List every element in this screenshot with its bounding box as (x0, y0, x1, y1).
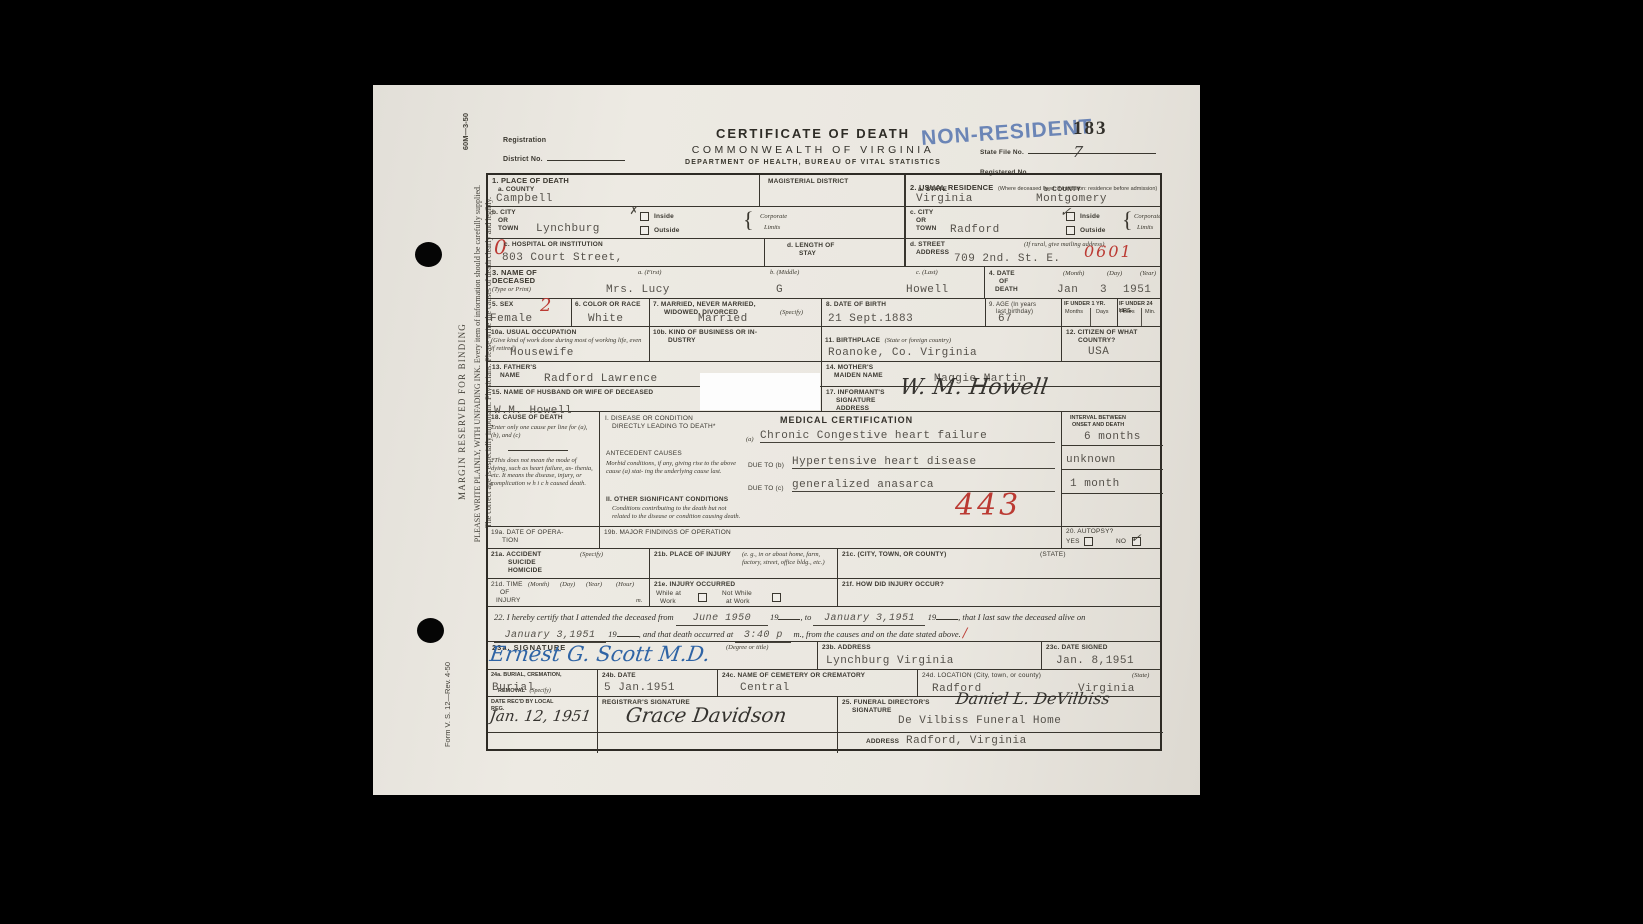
certificate-form: 1. PLACE OF DEATH a. COUNTY Campbell MAG… (486, 173, 1162, 751)
while-at-work-checkbox (698, 593, 707, 602)
injury-state-label: (STATE) (1040, 551, 1066, 559)
burial-date-label: 24b. DATE (602, 672, 636, 680)
injury-hour-label: (Hour) (616, 581, 634, 589)
cause-note-divider (508, 450, 568, 451)
interval-line-1 (1062, 445, 1163, 446)
burial-value: Burial (492, 682, 535, 694)
field-autopsy: 20. AUTOPSY? YES NO ✓ (1062, 527, 1163, 548)
row-place-residence-county: 1. PLACE OF DEATH a. COUNTY Campbell MAG… (488, 175, 1160, 207)
certify-text-5: , and that death occurred at (639, 629, 734, 639)
inside-checkbox (640, 212, 649, 221)
row-certify-statement: 22. I hereby certify that I attended the… (488, 607, 1160, 642)
row-occupation-birthplace: 10a. USUAL OCCUPATION (Give kind of work… (488, 327, 1160, 362)
interval-b-value: unknown (1066, 454, 1116, 466)
certify-blank-3 (617, 636, 639, 637)
injury-year-label: (Year) (586, 581, 602, 589)
field-citizen: 12. CITIZEN OF WHAT COUNTRY? USA (1062, 327, 1163, 361)
middle-name-value: G (776, 284, 783, 296)
field-injury-occurred: 21e. INJURY OCCURRED While at Work Not W… (650, 579, 838, 606)
marital-note: (Specify) (780, 309, 803, 317)
residence-county-value: Montgomery (1036, 193, 1107, 205)
cause-note-2: *This does not mean the mode of dying, s… (491, 457, 593, 487)
field-spouse-name: 15. NAME OF HUSBAND OR WIFE OF DECEASED … (488, 387, 822, 411)
outside-label: Outside (654, 227, 680, 235)
field-cemetery: 24c. NAME OF CEMETERY OR CREMATORY Centr… (718, 670, 918, 696)
race-label: 6. COLOR OR RACE (575, 301, 641, 309)
marital-label-1: 7. MARRIED, NEVER MARRIED, (653, 301, 756, 309)
field-funeral-director: 25. FUNERAL DIRECTOR'S SIGNATURE Daniel … (838, 697, 1163, 753)
dod-label-1: 4. DATE (989, 270, 1015, 278)
res-outside-label: Outside (1080, 227, 1106, 235)
field-burial-date: 24b. DATE 5 Jan.1951 (598, 670, 718, 696)
first-name-label: a. (First) (638, 269, 661, 277)
field-age: 9. AGE (In years last birthday) 67 (986, 299, 1062, 326)
certify-text-6: m., from the causes and on the date stat… (793, 629, 960, 639)
date-signed-value: Jan. 8,1951 (1056, 655, 1134, 667)
last-name-value: Howell (906, 284, 949, 296)
row-sex-race-marital: 5. SEX 2 Female 6. COLOR OR RACE White 7… (488, 299, 1160, 327)
major-findings-label: 19b. MAJOR FINDINGS OF OPERATION (604, 529, 731, 537)
dob-label: 8. DATE OF BIRTH (826, 301, 886, 309)
inside-label: Inside (654, 213, 674, 221)
accident-label-3: HOMICIDE (508, 567, 542, 575)
injury-month-label: (Month) (528, 581, 549, 589)
dod-label-2: OF (999, 278, 1008, 286)
last-name-label: c. (Last) (916, 269, 938, 277)
row-operation-autopsy: 19a. DATE OF OPERA- TION 19b. MAJOR FIND… (488, 527, 1160, 549)
citizen-label-2: COUNTRY? (1078, 337, 1115, 345)
cause-a-label: (a) (746, 436, 754, 444)
funeral-director-signature: Daniel L. DeVilbiss (955, 689, 1112, 708)
place-of-injury-note: (e. g., in or about home, farm, factory,… (742, 551, 834, 566)
burial-label-1: 24a. BURIAL, CREMATION, (491, 672, 562, 679)
field-medical-certification: I. DISEASE OR CONDITION DIRECTLY LEADING… (600, 412, 1062, 526)
medical-certification-title: MEDICAL CERTIFICATION (780, 415, 913, 425)
magisterial-district-label: MAGISTERIAL DISTRICT (768, 178, 848, 186)
field-place-of-injury: 21b. PLACE OF INJURY (e. g., in or about… (650, 549, 838, 578)
field-hospital: 0 c. HOSPITAL OR INSTITUTION 803 Court S… (488, 239, 765, 266)
certify-text-4: alive on (1058, 612, 1085, 622)
cause-b-value: Hypertensive heart disease (792, 456, 1055, 469)
birthplace-label: 11. BIRTHPLACE (825, 337, 880, 344)
physician-signature: Ernest G. Scott M.D. (488, 642, 711, 666)
field-time-of-injury: 21d. TIME OF INJURY (Month) (Day) (Year)… (488, 579, 650, 606)
field-occupation: 10a. USUAL OCCUPATION (Give kind of work… (488, 327, 650, 361)
dod-month-value: Jan (1057, 284, 1078, 296)
district-no-label: District No. (503, 156, 543, 163)
row-injury-time: 21d. TIME OF INJURY (Month) (Day) (Year)… (488, 579, 1160, 607)
corporate-bracket: { (743, 207, 754, 233)
row-injury-place: 21a. ACCIDENT SUICIDE HOMICIDE (Specify)… (488, 549, 1160, 579)
field-under-1yr: IF UNDER 1 YR. Months Days (1062, 299, 1118, 326)
injury-day-label: (Day) (560, 581, 575, 589)
not-while-label-2: at Work (726, 598, 750, 606)
under-1yr-months-label: Months (1065, 309, 1083, 316)
field-place-city: b. CITY OR TOWN Lynchburg ✗ Inside Outsi… (488, 207, 905, 238)
cause-of-death-label: 18. CAUSE OF DEATH (491, 414, 563, 422)
city-label-2: OR (498, 217, 508, 225)
field-sex: 5. SEX 2 Female (488, 299, 572, 326)
street-label: d. STREET (910, 241, 945, 249)
dob-value: 21 Sept.1883 (828, 313, 913, 325)
field-birthplace: 11. BIRTHPLACE (State or foreign country… (822, 327, 1062, 361)
injury-time-label-1: 21d. TIME (491, 581, 523, 589)
field-name-of-deceased: 3. NAME OF DECEASED (Type or Print) a. (… (488, 267, 985, 298)
occupation-label: 10a. USUAL OCCUPATION (491, 329, 576, 337)
date-signed-label: 23c. DATE SIGNED (1046, 644, 1108, 652)
injury-city-label: 21c. (CITY, TOWN, OR COUNTY) (842, 551, 946, 559)
accident-label-1: 21a. ACCIDENT (491, 551, 541, 559)
certify-blank-2 (936, 619, 958, 620)
certify-blank-1 (778, 619, 800, 620)
certify-19-1: 19 (770, 612, 779, 622)
degree-or-title-note: (Degree or title) (726, 644, 768, 652)
death-certificate-document: 60M—3-50 MARGIN RESERVED FOR BINDING PLE… (373, 85, 1200, 795)
cemetery-label: 24c. NAME OF CEMETERY OR CREMATORY (722, 672, 865, 680)
informant-signature: W. M. Howell (898, 375, 1049, 400)
under-1yr-divider (1090, 308, 1091, 326)
dod-day-label: (Day) (1107, 270, 1122, 278)
burial-date-value: 5 Jan.1951 (604, 682, 675, 694)
other-conditions-note-1: Conditions contributing to the death but… (612, 505, 726, 513)
row-father-mother: 13. FATHER'S NAME Radford Lawrence 14. M… (488, 362, 1160, 387)
department-line: DEPARTMENT OF HEALTH, BUREAU OF VITAL ST… (628, 159, 998, 166)
write-plainly-note-1: PLEASE WRITE PLAINLY, WITH UNFADING INK.… (473, 185, 482, 542)
not-while-label-1: Not While (722, 590, 752, 598)
autopsy-label: 20. AUTOPSY? (1066, 528, 1113, 536)
res-corporate-bracket: { (1122, 207, 1133, 233)
address-23b-label: 23b. ADDRESS (822, 644, 871, 652)
due-to-b-label: DUE TO (b) (748, 462, 784, 470)
city-label-3: TOWN (498, 225, 519, 233)
res-city-label-2: OR (916, 217, 926, 225)
field-accident-suicide: 21a. ACCIDENT SUICIDE HOMICIDE (Specify) (488, 549, 650, 578)
punch-hole-bottom (417, 618, 444, 643)
street-red-mark: 0601 (1084, 242, 1133, 261)
morbid-note: Morbid conditions, if any, giving rise t… (606, 460, 742, 475)
cemetery-value: Central (740, 682, 790, 694)
row-physician-signature: 23a. SIGNATURE (Degree or title) Ernest … (488, 642, 1160, 670)
dod-label-3: DEATH (995, 286, 1018, 294)
date-received-label-1: DATE REC'D BY LOCAL (491, 699, 554, 706)
stay-label-2: STAY (799, 250, 816, 258)
stay-label-1: d. LENGTH OF (787, 242, 835, 250)
field-date-of-death: 4. DATE OF DEATH (Month) (Day) (Year) Ja… (985, 267, 1163, 298)
hospital-value: 803 Court Street, (502, 252, 623, 264)
antecedent-label: ANTECEDENT CAUSES (606, 450, 682, 458)
residence-city-value: Radford (950, 224, 1000, 236)
field-usual-residence: 2. USUAL RESIDENCE (Where deceased lived… (905, 175, 1163, 206)
physician-address-value: Lynchburg Virginia (826, 655, 954, 667)
field-date-of-operation: 19a. DATE OF OPERA- TION (488, 527, 600, 548)
autopsy-yes-checkbox (1084, 537, 1093, 546)
place-of-death-title: 1. PLACE OF DEATH (492, 177, 569, 185)
street-label-2: ADDRESS (916, 249, 949, 257)
field-cause-of-death-notes: 18. CAUSE OF DEATH Enter only one cause … (488, 412, 600, 526)
injury-time-label-3: INJURY (496, 597, 521, 605)
district-no-blank (547, 160, 625, 161)
mother-label-1: 14. MOTHER'S (826, 364, 873, 372)
disease-condition-label-2: DIRECTLY LEADING TO DEATH* (612, 423, 716, 431)
disease-condition-label-1: I. DISEASE OR CONDITION (605, 415, 693, 423)
funeral-address-value: Radford, Virginia (906, 735, 1027, 747)
outside-checkbox (640, 226, 649, 235)
father-value: Radford Lawrence (544, 373, 658, 385)
field-physician-address: 23b. ADDRESS Lynchburg Virginia (818, 642, 1042, 669)
residence-state-value: Virginia (916, 193, 973, 205)
accident-note: (Specify) (580, 551, 603, 559)
row-city-town: b. CITY OR TOWN Lynchburg ✗ Inside Outsi… (488, 207, 1160, 239)
registration-label: Registration (503, 137, 625, 145)
interval-line-2 (1062, 469, 1163, 470)
birthplace-value: Roanoke, Co. Virginia (828, 347, 977, 359)
interval-a-value: 6 months (1084, 431, 1141, 443)
funeral-home-value: De Vilbiss Funeral Home (898, 715, 1061, 727)
dod-year-value: 1951 (1123, 284, 1151, 296)
injury-time-label-2: OF (500, 589, 509, 597)
autopsy-no-mark: ✓ (1130, 531, 1142, 545)
other-conditions-note-2: related to the disease or condition caus… (612, 513, 740, 521)
binding-note: MARGIN RESERVED FOR BINDING (457, 323, 467, 500)
field-place-of-death-county: 1. PLACE OF DEATH a. COUNTY Campbell (488, 175, 760, 206)
field-how-injury-occurred: 21f. HOW DID INJURY OCCUR? (838, 579, 1163, 606)
funeral-director-label-2: SIGNATURE (852, 707, 892, 715)
sex-label: 5. SEX (492, 301, 513, 309)
state-file-no-blank (1028, 153, 1156, 154)
field-magisterial-district: MAGISTERIAL DISTRICT (760, 175, 905, 206)
under-24hr-min-label: Min. (1145, 309, 1155, 316)
punch-hole-top (415, 242, 442, 267)
row-name-date-of-death: 3. NAME OF DECEASED (Type or Print) a. (… (488, 267, 1160, 299)
while-at-label-2: Work (660, 598, 676, 606)
burial-state-note: (State) (1132, 672, 1149, 680)
interval-label-2: ONSET AND DEATH (1072, 422, 1124, 429)
county-value: Campbell (496, 193, 553, 205)
certify-text-2: , to (800, 612, 811, 622)
date-received-value: Jan. 12, 1951 (489, 707, 592, 725)
res-outside-checkbox (1066, 226, 1075, 235)
race-value: White (588, 313, 624, 325)
field-physician-signature: 23a. SIGNATURE (Degree or title) Ernest … (488, 642, 818, 669)
field-street-address: d. STREET ADDRESS (If rural, give mailin… (905, 239, 1163, 266)
injury-m-label: m. (636, 597, 642, 605)
father-label-2: NAME (500, 372, 520, 380)
father-label-1: 13. FATHER'S (492, 364, 537, 372)
state-file-no: State File No. (980, 141, 1156, 159)
certify-19-3: 19 (608, 629, 617, 639)
red-code-443: 443 (955, 488, 1021, 523)
interval-line-3 (1062, 493, 1163, 494)
informant-label-2: SIGNATURE (836, 397, 876, 405)
name-label-2: DECEASED (492, 277, 535, 285)
birthplace-note: (State or foreign country) (885, 337, 951, 344)
cause-note-1: Enter only one cause per line for (a), (… (491, 424, 591, 439)
sex-red-mark: 2 (540, 295, 551, 316)
attended-from-value: June 1950 (676, 613, 768, 626)
funeral-director-label-1: 25. FUNERAL DIRECTOR'S (842, 699, 930, 707)
under-1yr-days-label: Days (1096, 309, 1109, 316)
certify-19-2: 19 (928, 612, 937, 622)
field-residence-city: c. CITY OR TOWN Radford ✓ Inside Outside… (905, 207, 1163, 238)
middle-name-label: b. (Middle) (770, 269, 799, 277)
form-number: Form V. S. 12—Rev. 4-50 (443, 662, 452, 747)
other-conditions-label: II. OTHER SIGNIFICANT CONDITIONS (606, 496, 728, 504)
burial-location-label: 24d. LOCATION (City, town, or county) (922, 672, 1041, 680)
field-business: 10b. KIND OF BUSINESS OR IN- DUSTRY (650, 327, 822, 361)
informant-label-1: 17. INFORMANT'S (826, 389, 885, 397)
state-file-no-label: State File No. (980, 149, 1024, 156)
res-limits-label: Limits (1137, 224, 1153, 232)
certify-text-3: , that I last saw the deceased (958, 612, 1056, 622)
dod-month-label: (Month) (1063, 270, 1084, 278)
registrar-signature: Grace Davidson (624, 703, 788, 727)
field-interval: INTERVAL BETWEEN ONSET AND DEATH 6 month… (1062, 412, 1163, 526)
registration-district: Registration District No. (503, 137, 625, 166)
field-marital-status: 7. MARRIED, NEVER MARRIED, WIDOWED, DIVO… (650, 299, 822, 326)
res-corporate-label: Corporate (1134, 213, 1161, 221)
street-value: 709 2nd. St. E. (954, 253, 1061, 265)
name-note: (Type or Print) (492, 286, 531, 294)
autopsy-no-label: NO (1116, 538, 1126, 546)
marital-value: Married (698, 313, 748, 325)
field-date-of-birth: 8. DATE OF BIRTH 21 Sept.1883 (822, 299, 986, 326)
row-spouse-informant: 15. NAME OF HUSBAND OR WIFE OF DECEASED … (488, 387, 1160, 412)
due-to-c-label: DUE TO (c) (748, 485, 784, 493)
citizen-value: USA (1088, 346, 1109, 358)
place-city-value: Lynchburg (536, 223, 600, 235)
operation-date-label-2: TION (502, 537, 518, 545)
inside-checkbox-mark: ✗ (630, 205, 638, 217)
city-label-1: b. CITY (492, 209, 516, 217)
dod-day-value: 3 (1100, 284, 1107, 296)
field-date-received: DATE REC'D BY LOCAL REG. Jan. 12, 1951 (488, 697, 598, 753)
res-city-label-3: TOWN (916, 225, 937, 233)
registered-no-value: 7 (1072, 143, 1084, 161)
res-inside-checkbox-mark: ✓ (1059, 205, 1072, 220)
business-label-2: DUSTRY (668, 337, 696, 345)
accident-label-2: SUICIDE (508, 559, 536, 567)
under-24hr-divider (1141, 308, 1142, 326)
field-under-24hr: IF UNDER 24 HRS. Hours Min. (1118, 299, 1163, 326)
place-of-injury-label: 21b. PLACE OF INJURY (654, 551, 731, 559)
redaction-box (700, 373, 820, 410)
cause-a-value: Chronic Congestive heart failure (760, 430, 1055, 443)
funeral-address-label: ADDRESS (866, 738, 899, 746)
field-major-findings: 19b. MAJOR FINDINGS OF OPERATION (600, 527, 1062, 548)
interval-label-1: INTERVAL BETWEEN (1070, 415, 1126, 422)
business-label-1: 10b. KIND OF BUSINESS OR IN- (653, 329, 757, 337)
hospital-label: c. HOSPITAL OR INSTITUTION (504, 241, 603, 249)
interval-c-value: 1 month (1070, 478, 1120, 490)
injury-occurred-label: 21e. INJURY OCCURRED (654, 581, 735, 589)
how-injury-label: 21f. HOW DID INJURY OCCUR? (842, 581, 944, 589)
file-number-stamp: 183 (1073, 118, 1108, 140)
while-at-label-1: While at (656, 590, 681, 598)
field-date-signed: 23c. DATE SIGNED Jan. 8,1951 (1042, 642, 1163, 669)
field-registrar-signature: REGISTRAR'S SIGNATURE Grace Davidson (598, 697, 838, 753)
sex-value: Female (490, 313, 533, 325)
first-name-value: Mrs. Lucy (606, 284, 670, 296)
field-informant: 17. INFORMANT'S SIGNATURE ADDRESS W. M. … (822, 387, 1163, 411)
attended-to-value: January 3,1951 (813, 613, 925, 626)
under-24hr-hours-label: Hours (1120, 309, 1135, 316)
field-burial-type: 24a. BURIAL, CREMATION, REMOVAL (Specify… (488, 670, 598, 696)
citizen-label-1: 12. CITIZEN OF WHAT (1066, 329, 1138, 337)
field-injury-city: 21c. (CITY, TOWN, OR COUNTY) (STATE) (838, 549, 1163, 578)
mother-label-2: MAIDEN NAME (834, 372, 883, 380)
occupation-value: Housewife (510, 347, 574, 359)
res-city-label-1: c. CITY (910, 209, 933, 217)
autopsy-yes-label: YES (1066, 538, 1080, 546)
spouse-label: 15. NAME OF HUSBAND OR WIFE OF DECEASED (492, 389, 653, 397)
under-1yr-label: IF UNDER 1 YR. (1064, 301, 1105, 308)
certify-text-1: 22. I hereby certify that I attended the… (494, 612, 674, 622)
certify-red-mark: / (963, 626, 967, 641)
field-certify-statement: 22. I hereby certify that I attended the… (488, 607, 1163, 641)
row-registrar-funeral: DATE REC'D BY LOCAL REG. Jan. 12, 1951 R… (488, 697, 1160, 753)
field-length-of-stay: d. LENGTH OF STAY (765, 239, 905, 266)
not-while-at-work-checkbox (772, 593, 781, 602)
row-hospital-street: 0 c. HOSPITAL OR INSTITUTION 803 Court S… (488, 239, 1160, 267)
field-race: 6. COLOR OR RACE White (572, 299, 650, 326)
print-code: 60M—3-50 (461, 113, 470, 150)
dod-year-label: (Year) (1140, 270, 1156, 278)
row-medical-certification: 18. CAUSE OF DEATH Enter only one cause … (488, 412, 1160, 527)
age-value: 67 (998, 313, 1012, 325)
corporate-label: Corporate (760, 213, 787, 221)
limits-label: Limits (764, 224, 780, 232)
operation-date-label-1: 19a. DATE OF OPERA- (491, 529, 564, 537)
res-inside-label: Inside (1080, 213, 1100, 221)
